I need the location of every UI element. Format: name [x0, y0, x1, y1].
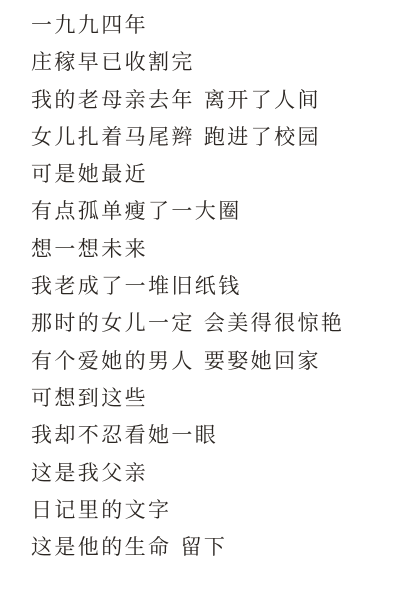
- poem-line: 有个爱她的男人 要娶她回家: [31, 343, 344, 380]
- poem-line: 那时的女儿一定 会美得很惊艳: [31, 305, 344, 342]
- poem-line: 我的老母亲去年 离开了人间: [31, 82, 344, 119]
- poem-line: 庄稼早已收割完: [31, 44, 344, 81]
- poem-line: 一九九四年: [31, 7, 344, 44]
- poem-line: 这是他的生命 留下: [31, 529, 344, 566]
- poem-line: 女儿扎着马尾辫 跑进了校园: [31, 119, 344, 156]
- poem-line: 这是我父亲: [31, 455, 344, 492]
- poem-line: 我却不忍看她一眼: [31, 417, 344, 454]
- poem-line: 可想到这些: [31, 380, 344, 417]
- poem-text: 一九九四年 庄稼早已收割完 我的老母亲去年 离开了人间 女儿扎着马尾辫 跑进了校…: [31, 7, 344, 566]
- poem-line: 有点孤单瘦了一大圈: [31, 193, 344, 230]
- poem-line: 想一想未来: [31, 231, 344, 268]
- poem-line: 日记里的文字: [31, 492, 344, 529]
- poem-line: 我老成了一堆旧纸钱: [31, 268, 344, 305]
- poem-line: 可是她最近: [31, 156, 344, 193]
